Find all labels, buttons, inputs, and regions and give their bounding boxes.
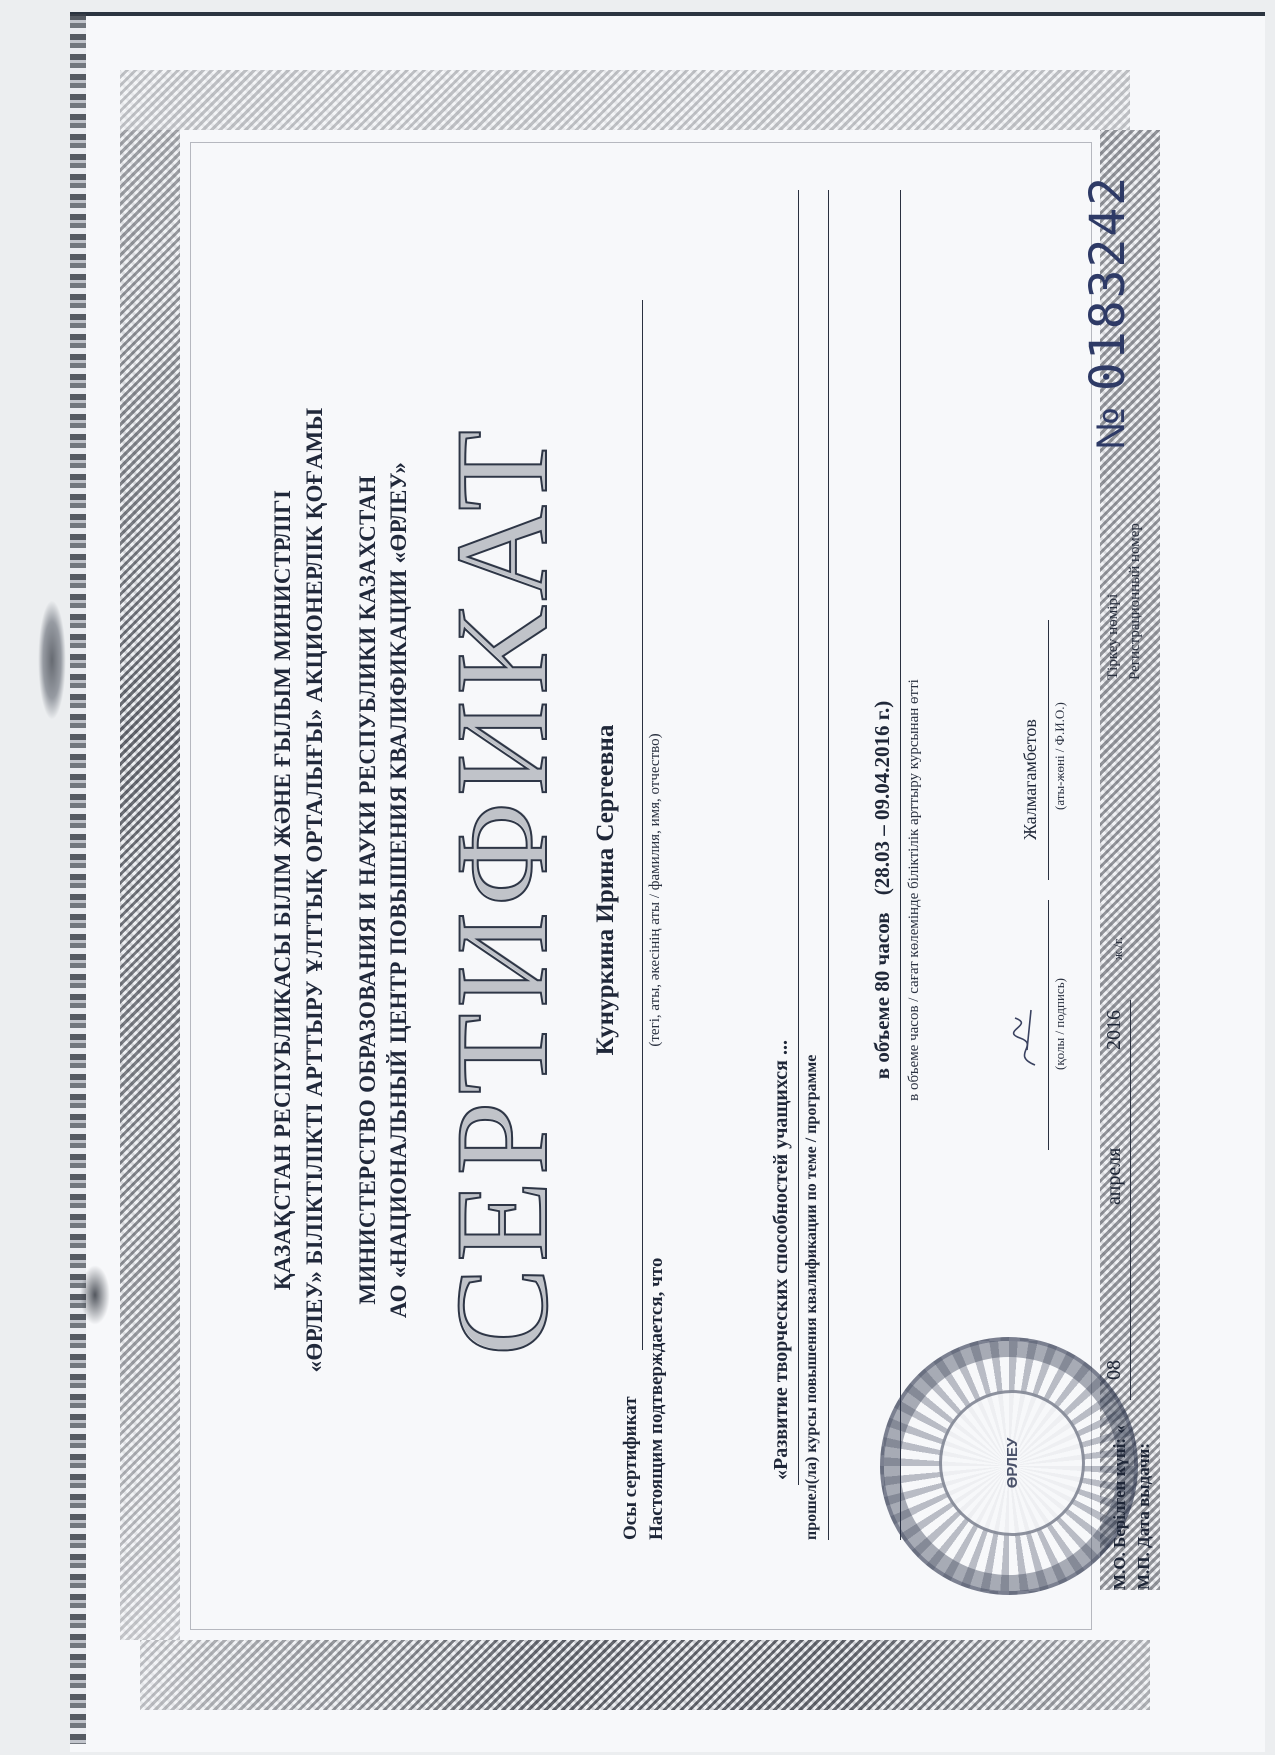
certificate: ҚАЗАҚСТАН РЕСПУБЛИКАСЫ БІЛІМ ЖӘНЕ ҒЫЛЫМ … <box>80 70 1170 1710</box>
certificate-title: СЕРТИФИКАТ <box>425 70 578 1710</box>
issue-date-label-ru: М.П. Дата выдачи: <box>1134 1443 1154 1590</box>
program-label: прошел(ла) курсы повышения квалификации … <box>803 1055 821 1540</box>
scan-smudge <box>38 600 66 720</box>
signature-caption: (қолы / подпись) <box>1052 978 1068 1070</box>
hours-text: в объеме 80 часов <box>870 912 894 1079</box>
number-sign: № <box>1089 405 1133 450</box>
program-title: «Развитие творческих способностей учащих… <box>770 1040 793 1480</box>
seal-center: ӨРЛЕУ <box>939 1390 1085 1536</box>
signatory-caption: (аты-жөні / Ф.И.О.) <box>1052 702 1068 810</box>
issue-day: 08 <box>1103 1360 1126 1380</box>
issue-month: апреля <box>1103 1148 1126 1205</box>
certificate-number: №0183242 <box>1080 175 1136 450</box>
intro-kz: Осы сертификат <box>620 1396 642 1540</box>
issue-date-label-kz: М.О. Берілген күні: « <box>1110 1425 1130 1590</box>
official-seal: ӨРЛЕУ <box>880 1337 1138 1595</box>
signature-icon <box>1005 1000 1045 1070</box>
issue-year: 2016 <box>1103 1010 1126 1050</box>
signatory-name-line <box>1048 620 1049 880</box>
name-underline <box>642 300 643 1350</box>
header-org-kz: «ӨРЛЕУ» БІЛІКТІЛІКТІ АРТТЫРУ ҰЛТТЫҚ ОРТА… <box>302 70 328 1710</box>
ornament-border-top <box>120 130 180 1640</box>
signature-line <box>1048 900 1049 1150</box>
recipient-caption: (тегі, аты, әкесінің аты / фамилия, имя,… <box>647 70 664 1710</box>
hours-underline <box>900 190 901 1540</box>
date-underline <box>1130 1000 1131 1400</box>
header-ministry-kz: ҚАЗАҚСТАН РЕСПУБЛИКАСЫ БІЛІМ ЖӘНЕ ҒЫЛЫМ … <box>270 70 296 1710</box>
header-ministry-ru: МИНИСТЕРСТВО ОБРАЗОВАНИЯ И НАУКИ РЕСПУБЛ… <box>355 70 381 1710</box>
header-org-ru: АО «НАЦИОНАЛЬНЫЙ ЦЕНТР ПОВЫШЕНИЯ КВАЛИФИ… <box>386 70 412 1710</box>
program-underline-2 <box>828 190 829 1540</box>
certificate-number-value: 0183242 <box>1080 175 1136 391</box>
program-underline <box>798 190 799 1485</box>
issue-year-suffix: ж./г. <box>1110 937 1126 960</box>
signatory-name: Жалмагамбетов <box>1020 719 1041 840</box>
registration-label-kz: Тіркеу нөмірі <box>1105 594 1122 680</box>
course-period: (28.03 – 09.04.2016 г.) <box>870 701 894 895</box>
recipient-name: Кунуркина Ирина Сергеевна <box>592 70 620 1710</box>
registration-label-ru: Регистрационный номер <box>1127 523 1144 680</box>
